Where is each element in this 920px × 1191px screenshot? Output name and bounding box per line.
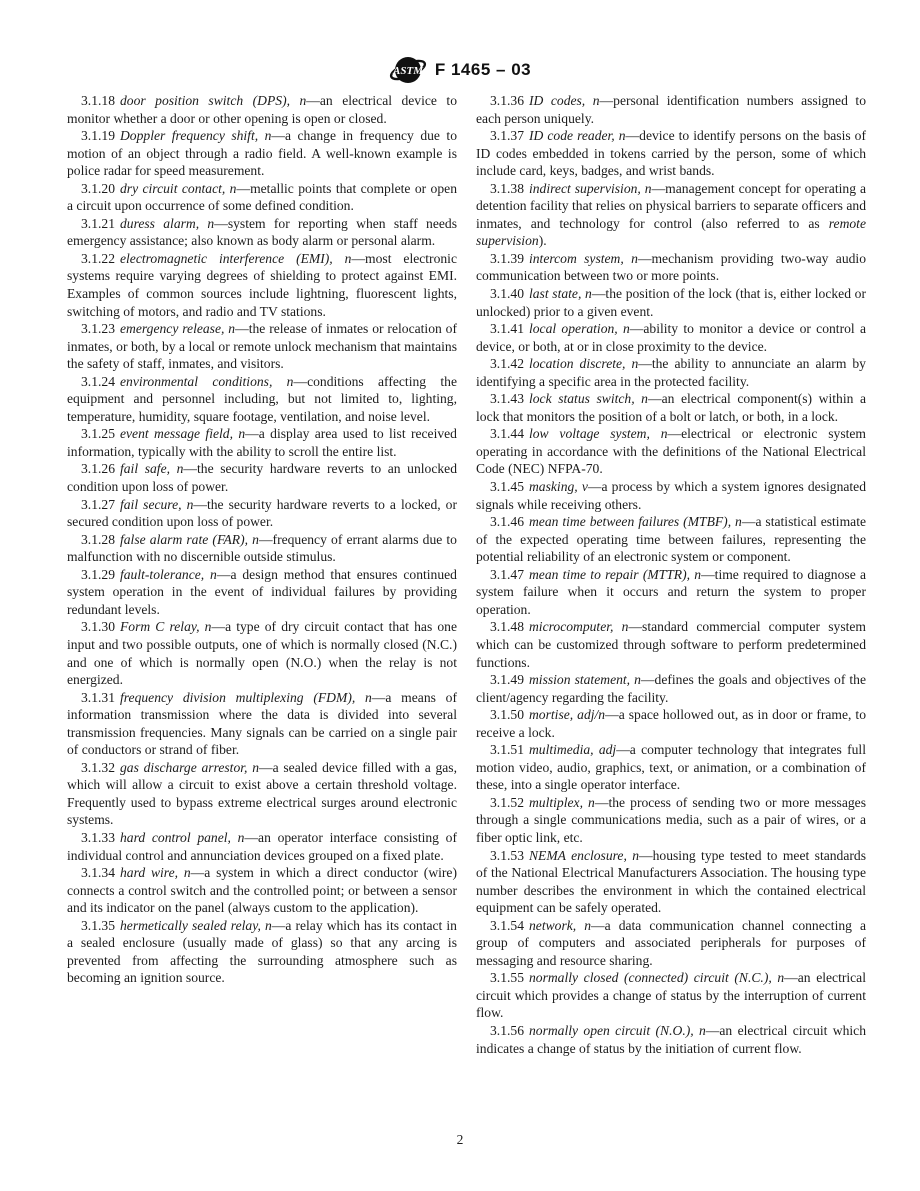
definition-entry: 3.1.42location discrete, n—the ability t… <box>476 355 866 390</box>
left-column: 3.1.18door position switch (DPS), n—an e… <box>67 92 457 1057</box>
definition-entry: 3.1.22electromagnetic interference (EMI)… <box>67 250 457 320</box>
definition-term: dry circuit contact, n <box>120 181 236 196</box>
definition-entry: 3.1.39intercom system, n—mechanism provi… <box>476 250 866 285</box>
definition-number: 3.1.23 <box>81 321 115 336</box>
definition-term: low voltage system, n <box>529 426 668 441</box>
definition-number: 3.1.29 <box>81 567 115 582</box>
definition-entry: 3.1.48microcomputer, n—standard commerci… <box>476 618 866 671</box>
definition-term: fault-tolerance, n <box>120 567 217 582</box>
definition-term: normally open circuit (N.O.), n <box>529 1023 706 1038</box>
definition-entry: 3.1.56normally open circuit (N.O.), n—an… <box>476 1022 866 1057</box>
definition-entry: 3.1.18door position switch (DPS), n—an e… <box>67 92 457 127</box>
definition-entry: 3.1.45masking, v—a process by which a sy… <box>476 478 866 513</box>
definition-number: 3.1.44 <box>490 426 524 441</box>
definition-term: mean time to repair (MTTR), n <box>529 567 701 582</box>
definition-number: 3.1.46 <box>490 514 524 529</box>
definition-term: frequency division multiplexing (FDM), n <box>120 690 372 705</box>
definition-term: masking, v <box>529 479 588 494</box>
definition-entry: 3.1.55normally closed (connected) circui… <box>476 969 866 1022</box>
definition-number: 3.1.36 <box>490 93 524 108</box>
standard-code: F 1465 – 03 <box>435 60 531 80</box>
svg-text:ASTM: ASTM <box>392 65 424 77</box>
definition-entry: 3.1.36ID codes, n—personal identificatio… <box>476 92 866 127</box>
definition-entry: 3.1.38indirect supervision, n—management… <box>476 180 866 250</box>
definition-columns: 3.1.18door position switch (DPS), n—an e… <box>67 92 866 1057</box>
page-footer: 2 <box>0 1132 920 1148</box>
definition-term: fail safe, n <box>120 461 183 476</box>
document-page: ASTM F 1465 – 03 3.1.18door position swi… <box>0 0 920 1191</box>
definition-number: 3.1.42 <box>490 356 524 371</box>
definition-number: 3.1.51 <box>490 742 524 757</box>
definition-entry: 3.1.34hard wire, n—a system in which a d… <box>67 864 457 917</box>
definition-number: 3.1.27 <box>81 497 115 512</box>
definition-entry: 3.1.53NEMA enclosure, n—housing type tes… <box>476 847 866 917</box>
definition-entry: 3.1.32gas discharge arrestor, n—a sealed… <box>67 759 457 829</box>
definition-entry: 3.1.33hard control panel, n—an operator … <box>67 829 457 864</box>
definition-number: 3.1.26 <box>81 461 115 476</box>
page-header: ASTM F 1465 – 03 <box>0 52 920 88</box>
definition-term: environmental conditions, n <box>120 374 293 389</box>
definition-number: 3.1.50 <box>490 707 524 722</box>
definition-number: 3.1.49 <box>490 672 524 687</box>
definition-term: door position switch (DPS), n <box>120 93 306 108</box>
astm-logo-icon: ASTM <box>389 52 427 88</box>
definition-entry: 3.1.25event message field, n—a display a… <box>67 425 457 460</box>
definition-term: hard wire, n <box>120 865 191 880</box>
definition-term: NEMA enclosure, n <box>529 848 639 863</box>
definition-entry: 3.1.35hermetically sealed relay, n—a rel… <box>67 917 457 987</box>
definition-entry: 3.1.29fault-tolerance, n—a design method… <box>67 566 457 619</box>
definition-entry: 3.1.44low voltage system, n—electrical o… <box>476 425 866 478</box>
definition-entry: 3.1.51multimedia, adj—a computer technol… <box>476 741 866 794</box>
definition-term: mortise, adj/n <box>529 707 605 722</box>
definition-number: 3.1.34 <box>81 865 115 880</box>
definition-term: fail secure, n <box>120 497 193 512</box>
definition-number: 3.1.21 <box>81 216 115 231</box>
definition-number: 3.1.18 <box>81 93 115 108</box>
definition-number: 3.1.31 <box>81 690 115 705</box>
definition-number: 3.1.30 <box>81 619 115 634</box>
definition-entry: 3.1.52multiplex, n—the process of sendin… <box>476 794 866 847</box>
definition-number: 3.1.47 <box>490 567 524 582</box>
definition-number: 3.1.45 <box>490 479 524 494</box>
definition-term: gas discharge arrestor, n <box>120 760 259 775</box>
definition-number: 3.1.28 <box>81 532 115 547</box>
definition-entry: 3.1.20dry circuit contact, n—metallic po… <box>67 180 457 215</box>
definition-term: electromagnetic interference (EMI), n <box>120 251 351 266</box>
definition-term: event message field, n <box>120 426 245 441</box>
definition-entry: 3.1.46mean time between failures (MTBF),… <box>476 513 866 566</box>
definition-term: mean time between failures (MTBF), n <box>529 514 742 529</box>
definition-number: 3.1.24 <box>81 374 115 389</box>
definition-entry: 3.1.43lock status switch, n—an electrica… <box>476 390 866 425</box>
definition-number: 3.1.39 <box>490 251 524 266</box>
definition-term: ID codes, n <box>529 93 600 108</box>
definition-entry: 3.1.26fail safe, n—the security hardware… <box>67 460 457 495</box>
definition-number: 3.1.37 <box>490 128 524 143</box>
definition-entry: 3.1.41local operation, n—ability to moni… <box>476 320 866 355</box>
definition-number: 3.1.19 <box>81 128 115 143</box>
definition-entry: 3.1.40last state, n—the position of the … <box>476 285 866 320</box>
definition-term: location discrete, n <box>529 356 638 371</box>
definition-term: hard control panel, n <box>120 830 244 845</box>
definition-number: 3.1.32 <box>81 760 115 775</box>
definition-term: lock status switch, n <box>529 391 648 406</box>
definition-term: intercom system, n <box>529 251 638 266</box>
definition-term: microcomputer, n <box>529 619 628 634</box>
definition-term: network, n <box>529 918 591 933</box>
definition-number: 3.1.56 <box>490 1023 524 1038</box>
definition-entry: 3.1.37ID code reader, n—device to identi… <box>476 127 866 180</box>
definition-entry: 3.1.28false alarm rate (FAR), n—frequenc… <box>67 531 457 566</box>
definition-entry: 3.1.54network, n—a data communication ch… <box>476 917 866 970</box>
definition-entry: 3.1.49mission statement, n—defines the g… <box>476 671 866 706</box>
definition-number: 3.1.38 <box>490 181 524 196</box>
definition-term: multimedia, adj <box>529 742 616 757</box>
definition-number: 3.1.22 <box>81 251 115 266</box>
definition-entry: 3.1.23emergency release, n—the release o… <box>67 320 457 373</box>
right-column: 3.1.36ID codes, n—personal identificatio… <box>476 92 866 1057</box>
definition-entry: 3.1.47mean time to repair (MTTR), n—time… <box>476 566 866 619</box>
definition-entry: 3.1.50mortise, adj/n—a space hollowed ou… <box>476 706 866 741</box>
definition-term: indirect supervision, n <box>529 181 652 196</box>
definition-number: 3.1.25 <box>81 426 115 441</box>
definition-number: 3.1.43 <box>490 391 524 406</box>
definition-number: 3.1.48 <box>490 619 524 634</box>
definition-entry: 3.1.24environmental conditions, n—condit… <box>67 373 457 426</box>
definition-term: multiplex, n <box>529 795 595 810</box>
page-number: 2 <box>457 1132 464 1147</box>
definition-number: 3.1.35 <box>81 918 115 933</box>
definition-term: Doppler frequency shift, n <box>120 128 271 143</box>
definition-term: Form C relay, n <box>120 619 212 634</box>
definition-entry: 3.1.21duress alarm, n—system for reporti… <box>67 215 457 250</box>
definition-term: normally closed (connected) circuit (N.C… <box>529 970 784 985</box>
definition-number: 3.1.20 <box>81 181 115 196</box>
definition-number: 3.1.41 <box>490 321 524 336</box>
definition-term: local operation, n <box>529 321 630 336</box>
definition-term: duress alarm, n <box>120 216 214 231</box>
definition-term: last state, n <box>529 286 592 301</box>
definition-number: 3.1.53 <box>490 848 524 863</box>
definition-number: 3.1.52 <box>490 795 524 810</box>
definition-term: mission statement, n <box>529 672 641 687</box>
definition-number: 3.1.55 <box>490 970 524 985</box>
definition-number: 3.1.54 <box>490 918 524 933</box>
definition-term: emergency release, n <box>120 321 235 336</box>
definition-entry: 3.1.30Form C relay, n—a type of dry circ… <box>67 618 457 688</box>
definition-term: false alarm rate (FAR), n <box>120 532 259 547</box>
definition-term: hermetically sealed relay, n <box>120 918 272 933</box>
definition-term: ID code reader, n <box>529 128 626 143</box>
definition-entry: 3.1.31frequency division multiplexing (F… <box>67 689 457 759</box>
definition-number: 3.1.33 <box>81 830 115 845</box>
definition-number: 3.1.40 <box>490 286 524 301</box>
definition-entry: 3.1.19Doppler frequency shift, n—a chang… <box>67 127 457 180</box>
definition-entry: 3.1.27fail secure, n—the security hardwa… <box>67 496 457 531</box>
